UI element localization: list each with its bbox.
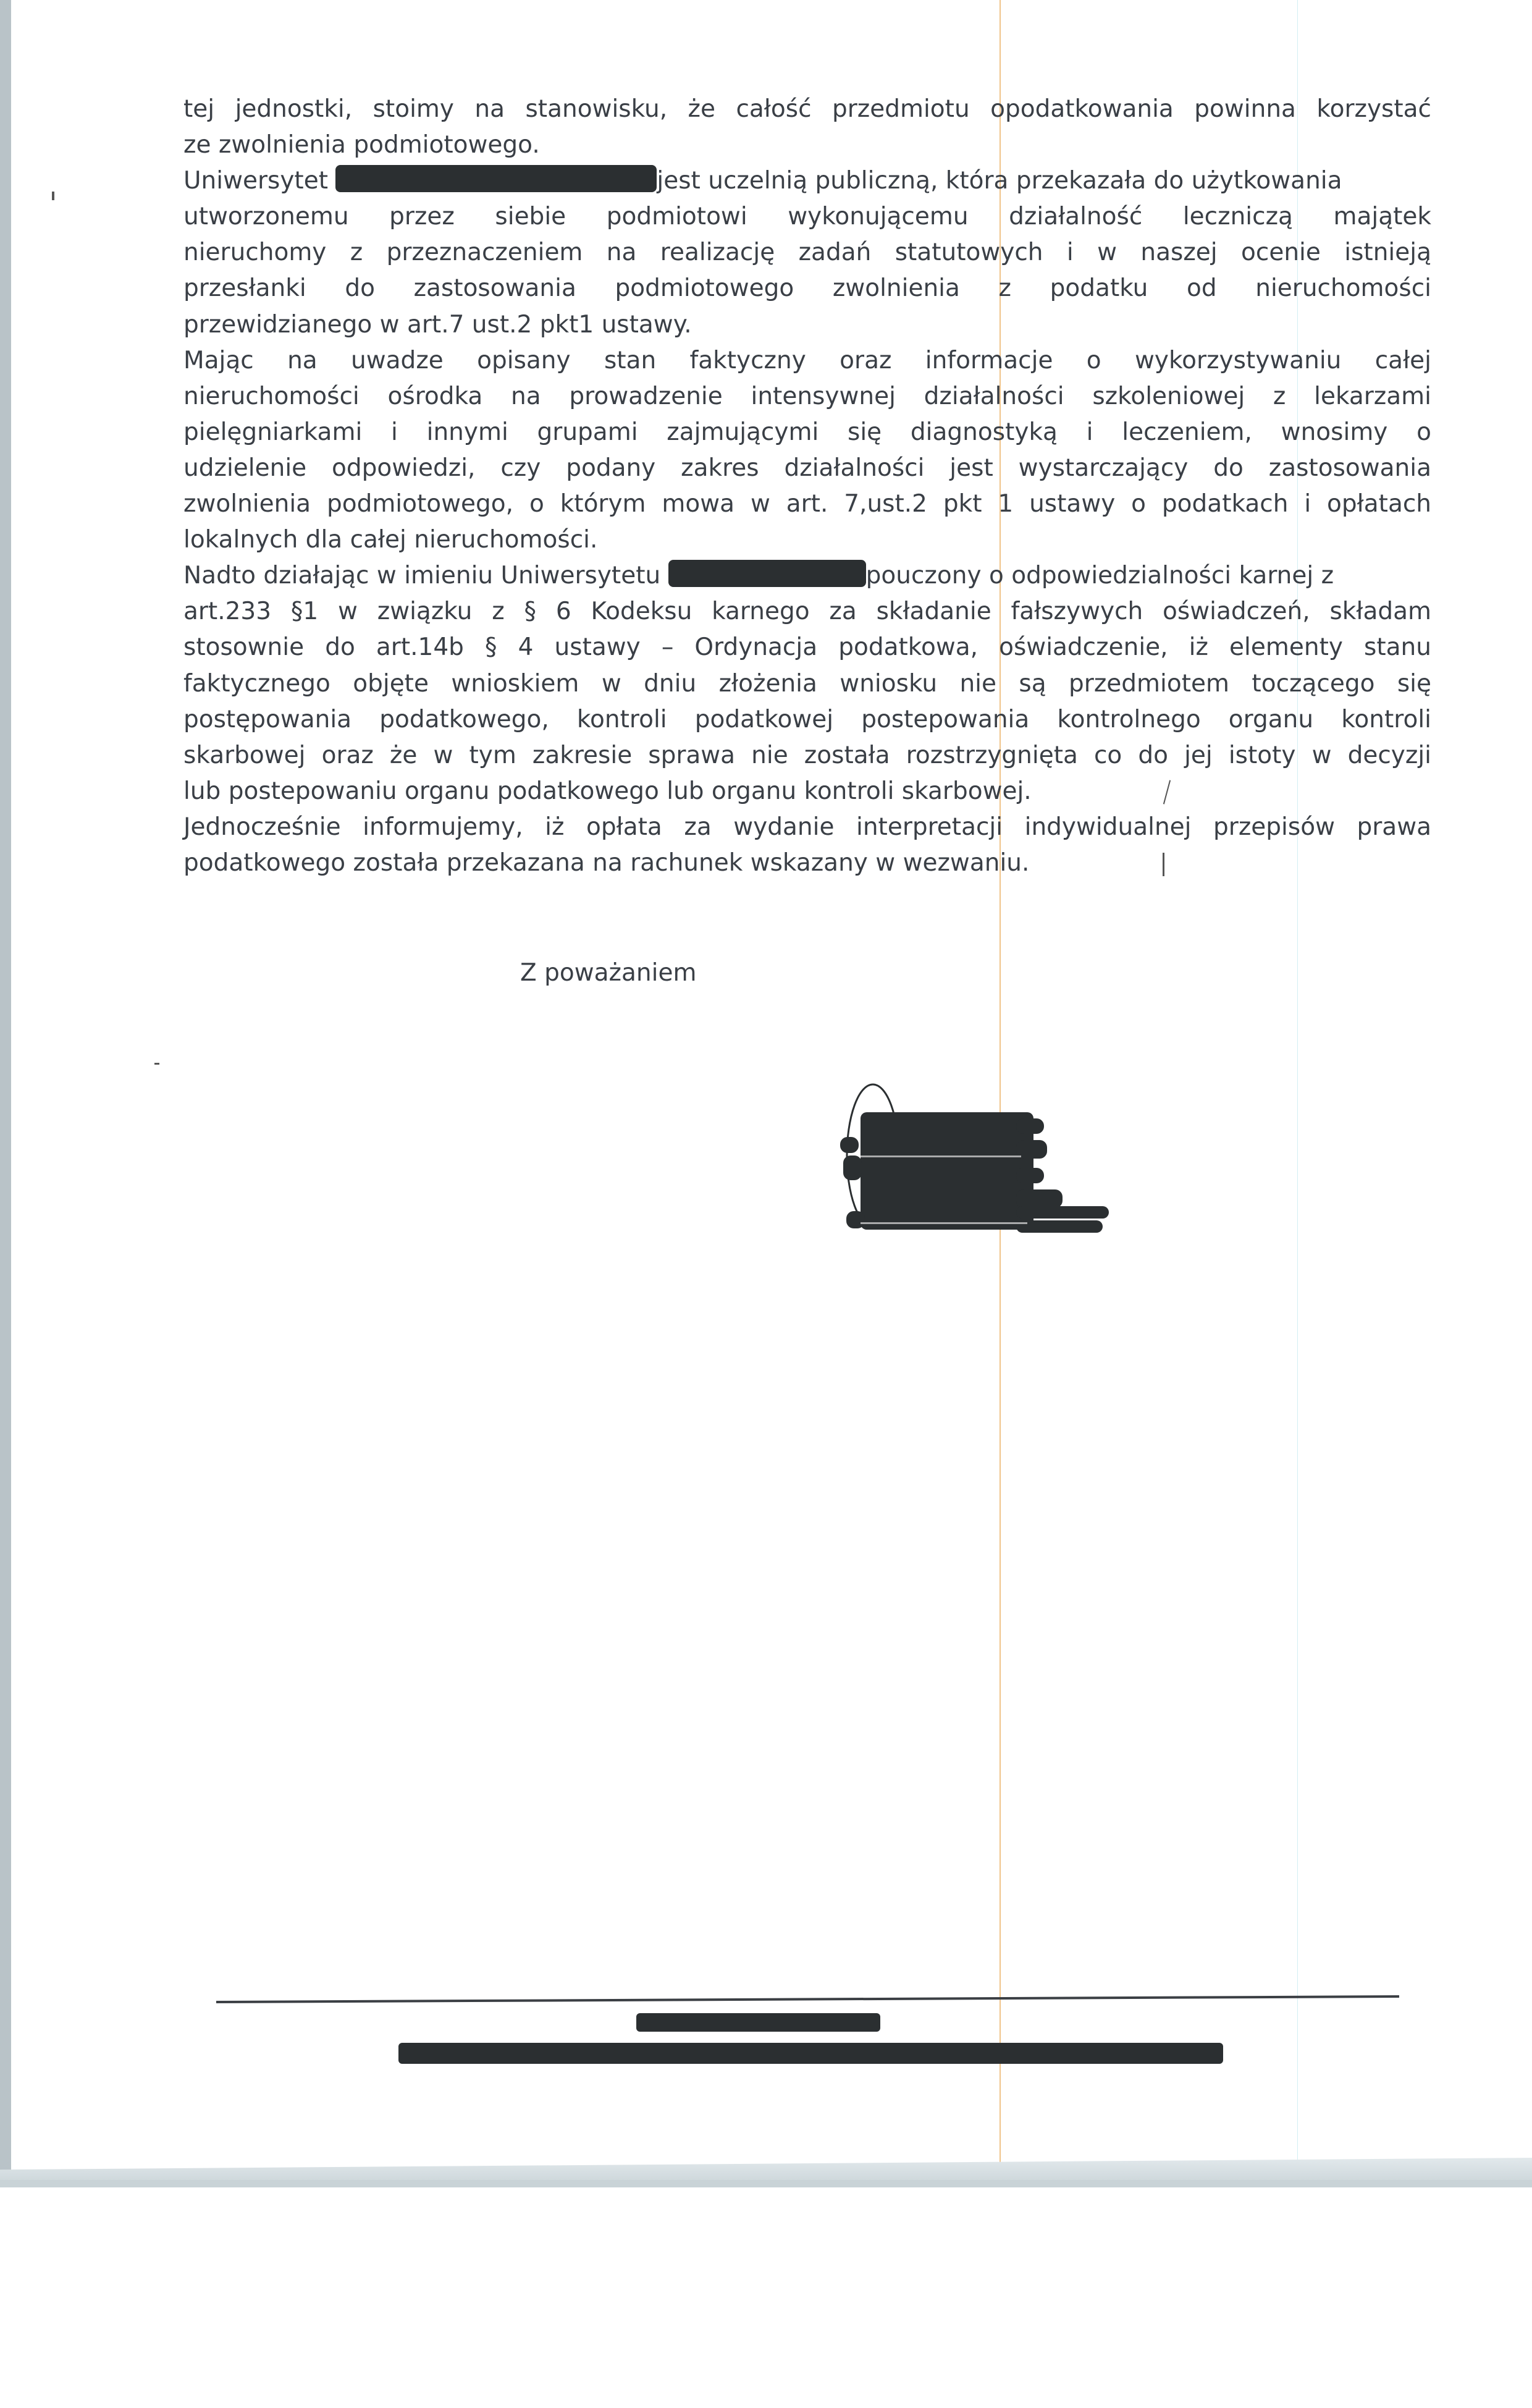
scanner-edge-bottom [0,2180,1532,2187]
text-line: Mając na uwadze opisany stan faktyczny o… [183,343,1431,379]
text-line: przesłanki do zastosowania podmiotowego … [183,271,1431,306]
scan-speck [154,1063,159,1065]
text-line: udzielenie odpowiedzi, czy podany zakres… [183,450,1431,486]
text-line: Nadto działając w imieniu Uniwersytetu p… [183,558,1431,594]
text-line: stosownie do art.14b § 4 ustawy – Ordyna… [183,630,1431,665]
redacted-name [335,165,657,192]
footer-rule [216,1995,1399,2003]
pen-mark [1163,853,1164,876]
scanner-edge-left [0,0,11,2187]
text-line: nieruchomy z przeznaczeniem na realizacj… [183,235,1431,271]
text-fragment: Uniwersytet [183,167,335,195]
text-line: faktycznego objęte wnioskiem w dniu złoż… [183,666,1431,702]
text-fragment: pouczony o odpowiedzialności karnej z [866,562,1334,589]
text-line: Uniwersytet jest uczelnią publiczną, któ… [183,163,1431,199]
redacted-footer-line [636,2013,880,2032]
text-fragment: Nadto działając w imieniu Uniwersytetu [183,562,668,589]
text-line: art.233 §1 w związku z § 6 Kodeksu karne… [183,594,1431,630]
text-line: lub postepowaniu organu podatkowego lub … [183,774,1431,809]
text-line: Jednocześnie informujemy, iż opłata za w… [183,809,1431,845]
text-line: podatkowego została przekazana na rachun… [183,845,1431,881]
text-line: postępowania podatkowego, kontroli podat… [183,702,1431,738]
closing-salutation: Z poważaniem [520,959,696,987]
scanned-page: tej jednostki, stoimy na stanowisku, że … [0,0,1532,2408]
redacted-signature [831,1063,1109,1248]
text-line: pielęgniarkami i innymi grupami zajmując… [183,415,1431,450]
scan-speck [52,192,54,200]
redacted-footer-line [398,2043,1223,2064]
letter-body: tej jednostki, stoimy na stanowisku, że … [183,91,1431,881]
text-line: nieruchomości ośrodka na prowadzenie int… [183,379,1431,415]
text-line: tej jednostki, stoimy na stanowisku, że … [183,91,1431,127]
text-line: zwolnienia podmiotowego, o którym mowa w… [183,486,1431,522]
text-fragment: jest uczelnią publiczną, która przekazał… [657,167,1342,195]
text-line: utworzonemu przez siebie podmiotowi wyko… [183,199,1431,235]
text-line: ze zwolnienia podmiotowego. [183,127,1431,163]
redacted-name [668,560,866,587]
text-line: skarbowej oraz że w tym zakresie sprawa … [183,738,1431,774]
text-line: przewidzianego w art.7 ust.2 pkt1 ustawy… [183,307,1431,343]
text-line: lokalnych dla całej nieruchomości. [183,522,1431,558]
